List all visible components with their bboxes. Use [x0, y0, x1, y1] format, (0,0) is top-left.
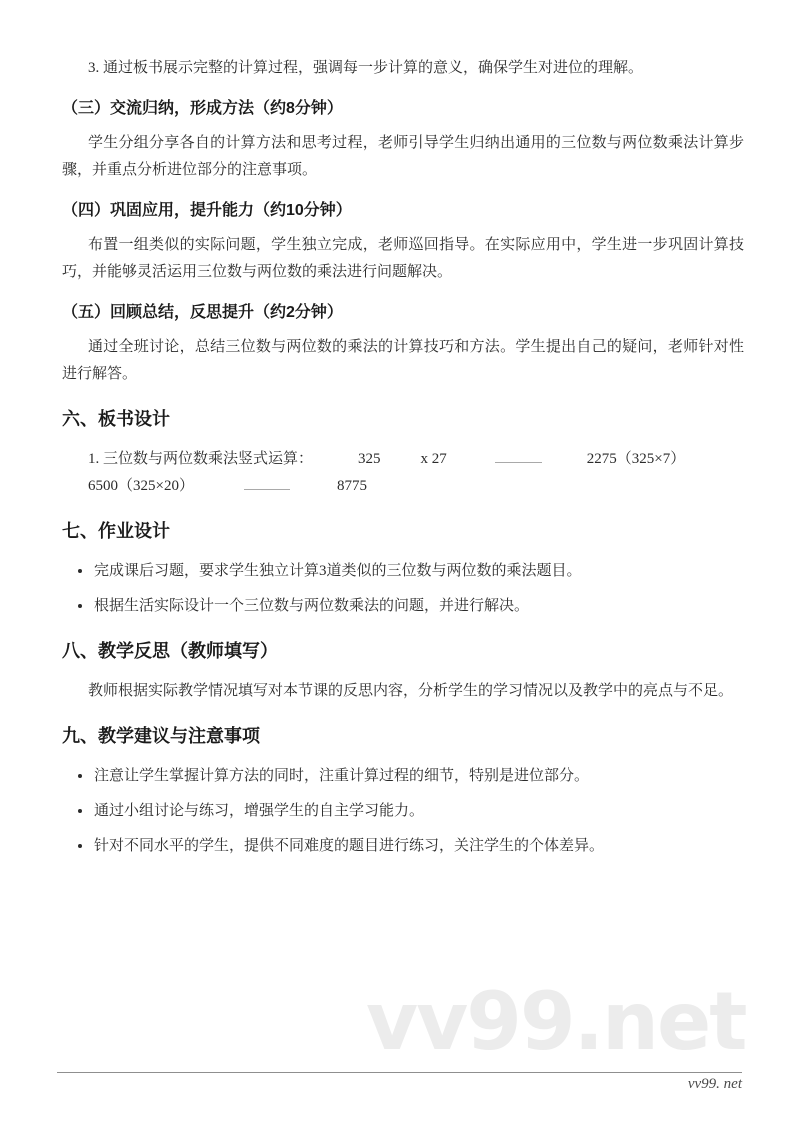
board-rule-line-1 [495, 450, 542, 463]
subsection-heading-4: （四）巩固应用，提升能力（约10分钟） [62, 199, 744, 223]
board-item-label: 1. 三位数与两位数乘法竖式运算： [88, 451, 313, 467]
section-heading-board-design: 六、板书设计 [62, 406, 744, 432]
board-result: 8775 [337, 478, 367, 494]
section-heading-homework: 七、作业设计 [62, 518, 744, 544]
lesson-plan-page: 3. 通过板书展示完整的计算过程，强调每一步计算的意义，确保学生对进位的理解。 … [0, 0, 800, 1130]
reflection-body: 教师根据实际教学情况填写对本节课的反思内容，分析学生的学习情况以及教学中的亮点与… [62, 678, 744, 705]
board-multiplier: x 27 [421, 451, 447, 467]
board-design-line-1: 1. 三位数与两位数乘法竖式运算：325x 272275（325×7） [62, 446, 744, 473]
subsection-body-4: 布置一组类似的实际问题，学生独立完成，老师巡回指导。在实际应用中，学生进一步巩固… [62, 232, 744, 286]
footer-site-text: vv99. net [57, 1073, 742, 1094]
subsection-body-5: 通过全班讨论，总结三位数与两位数的乘法的计算技巧和方法。学生提出自己的疑问，老师… [62, 334, 744, 388]
board-partial-product-1: 2275（325×7） [587, 451, 685, 467]
board-multiplicand: 325 [358, 451, 381, 467]
numbered-step-item: 3. 通过板书展示完整的计算过程，强调每一步计算的意义，确保学生对进位的理解。 [62, 55, 744, 82]
suggestions-list: 注意让学生掌握计算方法的同时，注重计算过程的细节，特别是进位部分。 通过小组讨论… [62, 763, 744, 860]
site-watermark: vv99.net [366, 982, 745, 1062]
board-partial-product-2: 6500（325×20） [88, 478, 194, 494]
subsection-heading-5: （五）回顾总结，反思提升（约2分钟） [62, 301, 744, 325]
suggestion-item: 注意让学生掌握计算方法的同时，注重计算过程的细节，特别是进位部分。 [93, 763, 744, 790]
suggestion-item: 通过小组讨论与练习，增强学生的自主学习能力。 [93, 798, 744, 825]
homework-item: 完成课后习题，要求学生独立计算3道类似的三位数与两位数的乘法题目。 [93, 558, 744, 585]
section-heading-reflection: 八、教学反思（教师填写） [62, 638, 744, 664]
section-heading-suggestions: 九、教学建议与注意事项 [62, 723, 744, 749]
homework-list: 完成课后习题，要求学生独立计算3道类似的三位数与两位数的乘法题目。 根据生活实际… [62, 558, 744, 620]
homework-item: 根据生活实际设计一个三位数与两位数乘法的问题，并进行解决。 [93, 593, 744, 620]
page-footer-rule: vv99. net [57, 1072, 742, 1094]
subsection-heading-3: （三）交流归纳，形成方法（约8分钟） [62, 97, 744, 121]
document-content: 3. 通过板书展示完整的计算过程，强调每一步计算的意义，确保学生对进位的理解。 … [0, 0, 800, 860]
suggestion-item: 针对不同水平的学生，提供不同难度的题目进行练习，关注学生的个体差异。 [93, 833, 744, 860]
board-rule-line-2 [244, 477, 290, 490]
board-design-line-2: 6500（325×20）8775 [62, 473, 744, 500]
subsection-body-3: 学生分组分享各自的计算方法和思考过程，老师引导学生归纳出通用的三位数与两位数乘法… [62, 130, 744, 184]
